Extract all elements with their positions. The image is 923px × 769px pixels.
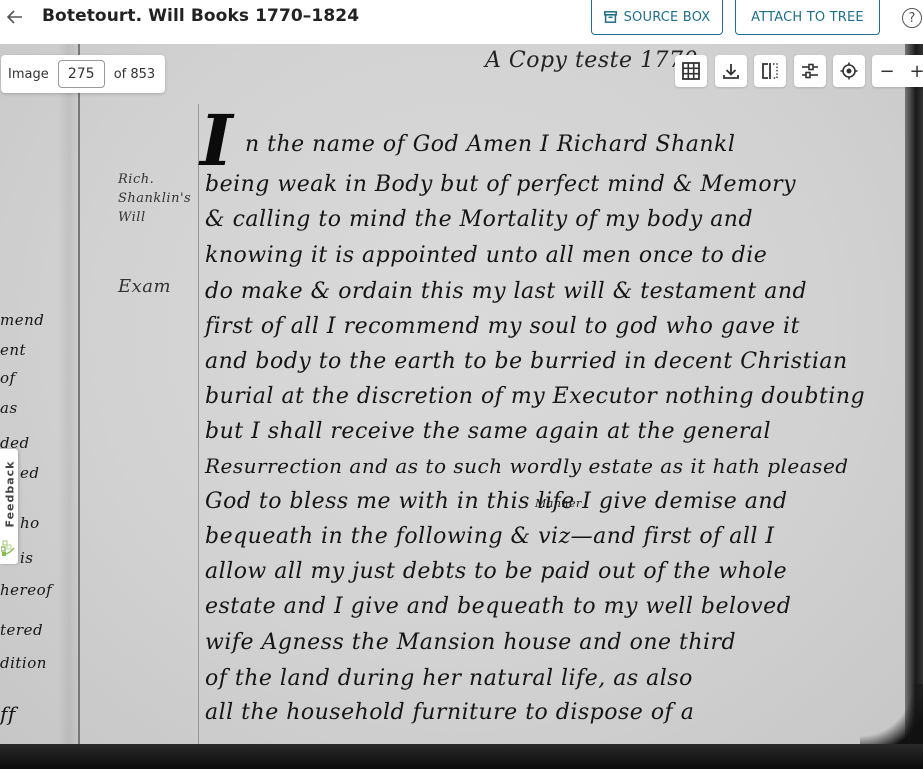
document-line: and body to the earth to be burried in d…	[205, 349, 848, 374]
left-page-fragment: ff	[0, 702, 16, 726]
document-line: bequeath in the following & viz—and firs…	[205, 524, 775, 549]
attach-to-tree-label: ATTACH TO TREE	[751, 10, 864, 25]
grid-icon	[682, 62, 700, 80]
drop-cap: I	[200, 99, 233, 182]
document-image[interactable]: A Copy teste 1770 I Rich. Shanklin's Wil…	[0, 44, 923, 750]
download-icon	[722, 62, 740, 80]
source-box-label: SOURCE BOX	[624, 10, 711, 25]
header-bar: Botetourt. Will Books 1770–1824 SOURCE B…	[0, 0, 923, 44]
left-page-fragment: dition	[0, 654, 47, 672]
grid-view-button[interactable]	[675, 55, 707, 87]
document-line: n the name of God Amen I Richard Shankl	[245, 132, 735, 157]
left-page-fragment: as	[0, 399, 18, 417]
compare-button[interactable]	[754, 55, 786, 87]
left-page-fragment: mend	[0, 311, 44, 329]
zoom-in-button[interactable]: +	[902, 61, 923, 82]
left-page-fragment: ho	[20, 514, 40, 532]
binding-line	[78, 44, 80, 750]
margin-note: Shanklin's	[118, 191, 191, 206]
sliders-icon	[801, 62, 819, 80]
margin-note: Rich.	[118, 172, 154, 187]
pager-label: Image	[8, 67, 49, 82]
document-line: do make & ordain this my last will & tes…	[205, 279, 807, 304]
document-line: Resurrection and as to such wordly estat…	[205, 454, 849, 478]
document-line: wife Agness the Mansion house and one th…	[205, 630, 736, 655]
margin-line	[198, 104, 199, 750]
zoom-out-button[interactable]: −	[872, 61, 902, 82]
left-page-fragment: ed	[20, 464, 39, 482]
page-fold	[58, 44, 80, 750]
feedback-tree-icon	[1, 539, 15, 557]
document-line: allow all my just debts to be paid out o…	[205, 559, 787, 584]
attach-to-tree-button[interactable]: ATTACH TO TREE	[735, 0, 880, 35]
zoom-controls: − +	[872, 55, 923, 87]
page-right-edge	[905, 44, 923, 750]
document-line: God to bless me with in this life I give…	[205, 489, 788, 514]
feedback-tab[interactable]: Feedback	[0, 449, 18, 564]
margin-note: Will	[118, 210, 146, 225]
back-button[interactable]	[4, 6, 26, 28]
margin-note: Exam	[118, 276, 171, 297]
feedback-label: Feedback	[4, 464, 17, 528]
source-box-button[interactable]: SOURCE BOX	[591, 0, 723, 35]
left-page-fragment: of	[0, 369, 16, 387]
image-viewer[interactable]: A Copy teste 1770 I Rich. Shanklin's Wil…	[0, 44, 923, 769]
left-page-fragment: is	[20, 549, 34, 567]
target-icon	[840, 62, 858, 80]
recenter-button[interactable]	[833, 55, 865, 87]
split-view-icon	[761, 62, 779, 80]
top-note: A Copy teste 1770	[485, 48, 698, 73]
left-page-fragment: hereof	[0, 581, 52, 599]
pager-total: of 853	[114, 67, 155, 82]
archive-box-icon	[604, 11, 617, 23]
image-number-input[interactable]	[58, 60, 105, 88]
document-line: of the land during her natural life, as …	[205, 666, 693, 691]
arrow-left-icon	[7, 10, 23, 24]
left-page-fragment: tered	[0, 621, 43, 639]
left-page-fragment: ent	[0, 341, 26, 359]
page-bottom-edge	[0, 744, 923, 769]
document-line: all the household furniture to dispose o…	[205, 700, 694, 725]
interlinear-note: Manner	[535, 497, 582, 510]
document-line: knowing it is appointed unto all men onc…	[205, 243, 767, 268]
document-line: being weak in Body but of perfect mind &…	[205, 172, 796, 197]
document-line: first of all I recommend my soul to god …	[205, 314, 800, 339]
question-icon: ?	[909, 11, 916, 26]
document-line: burial at the discretion of my Executor …	[205, 384, 865, 409]
document-line: & calling to mind the Mortality of my bo…	[205, 207, 753, 232]
image-pager: Image of 853	[1, 55, 165, 93]
adjust-image-button[interactable]	[794, 55, 826, 87]
download-button[interactable]	[715, 55, 747, 87]
help-button[interactable]: ?	[902, 8, 922, 28]
document-line: estate and I give and bequeath to my wel…	[205, 594, 791, 619]
document-line: but I shall receive the same again at th…	[205, 419, 771, 444]
page-title: Botetourt. Will Books 1770–1824	[42, 6, 359, 26]
